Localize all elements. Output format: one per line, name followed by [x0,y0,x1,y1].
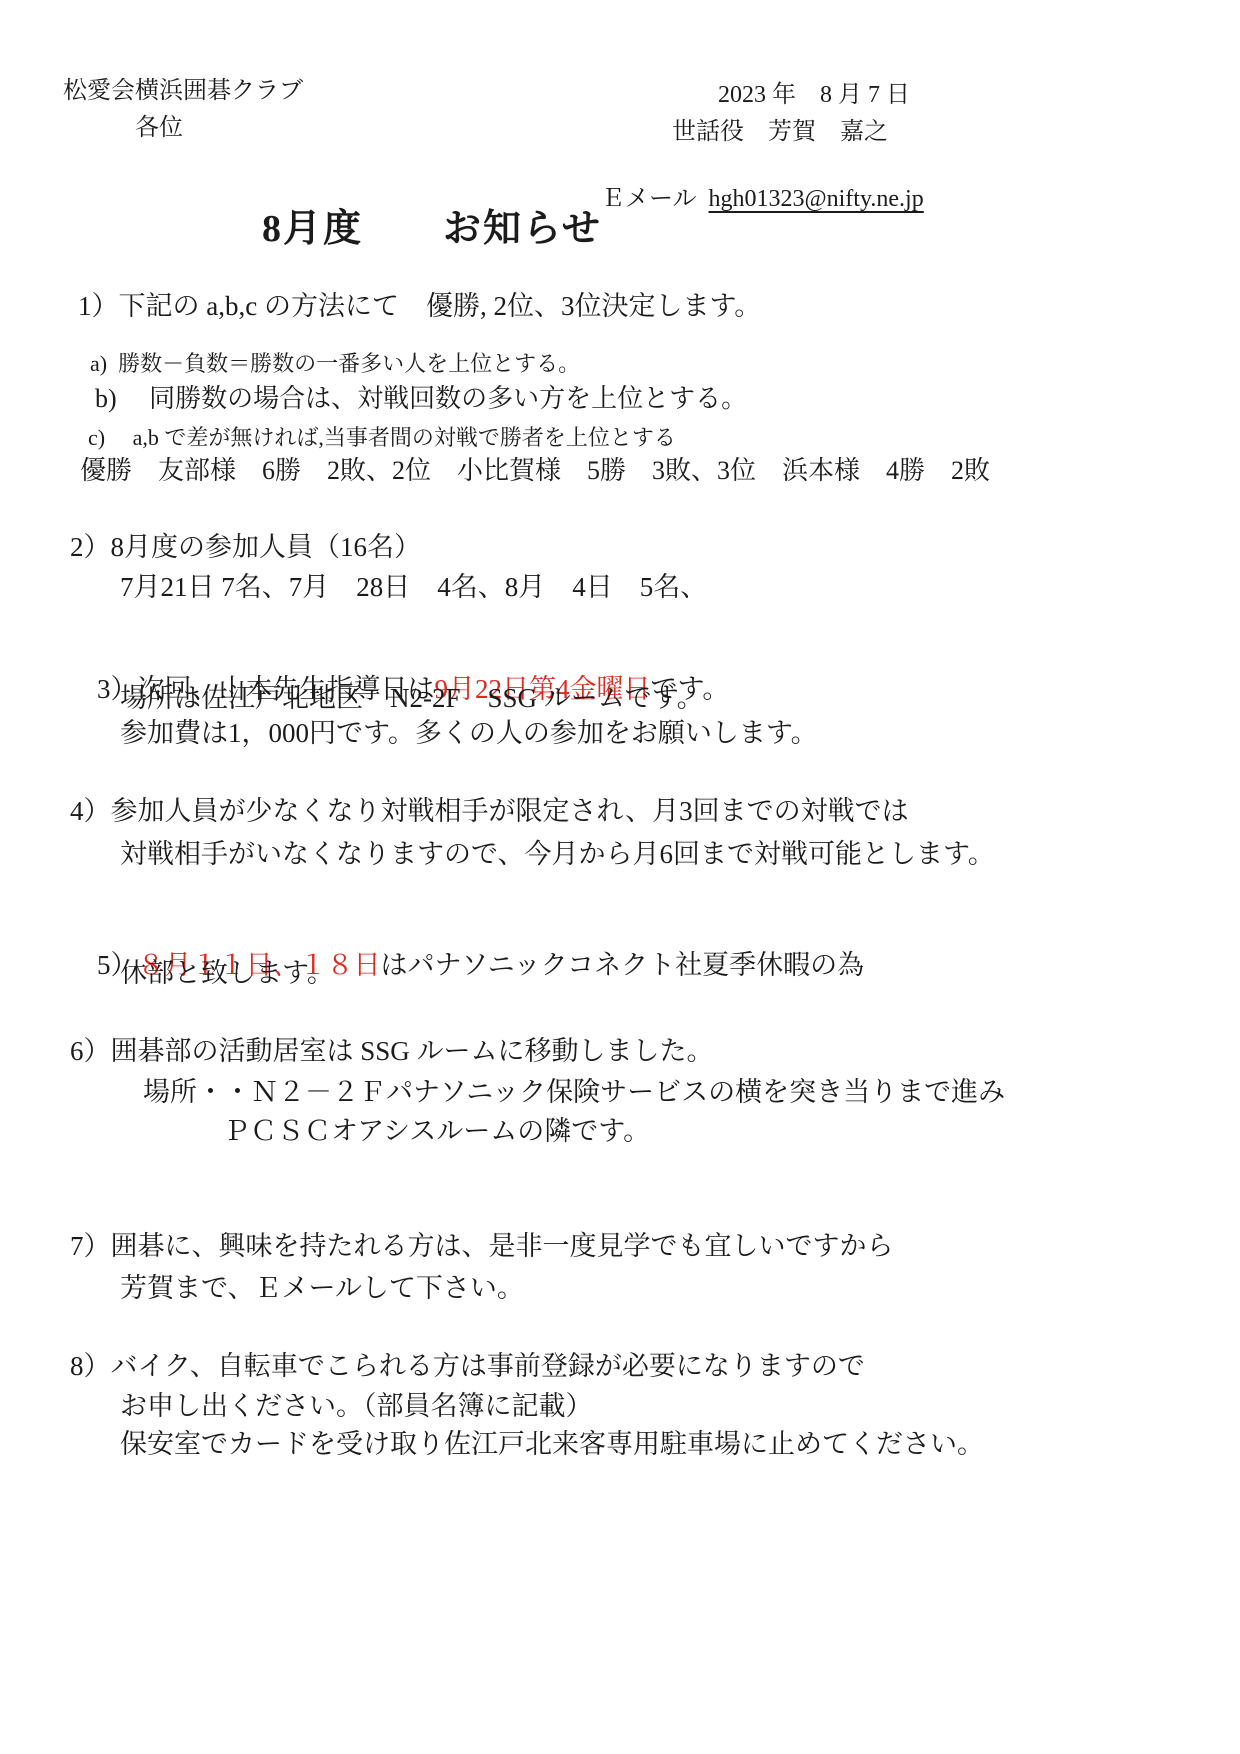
notice-item-6-line-2: 場所・・Ｎ２－２Ｆパナソニック保険サービスの横を突き当りまで進み [143,1076,1005,1110]
notice-item-8-line-1: 8）バイク、自転車でこられる方は事前登録が必要になりますので [70,1350,865,1384]
page-title: 8月度 お知らせ [262,206,602,254]
email-line: Ｅメールhgh01323@nifty.ne.jp [577,154,924,244]
club-name: 松愛会横浜囲碁クラブ [63,76,303,106]
notice-item-7-line-2: 芳賀まで、Ｅメールして下さい。 [120,1272,524,1306]
email-address[interactable]: hgh01323@nifty.ne.jp [709,186,924,212]
salutation: 各位 [135,113,183,143]
notice-item-5-line-2: 休部と致します。 [120,957,334,991]
notice-item-3-line-2: 場所は佐江戸北地区 N2-2F SSG ルームです。 [120,682,704,716]
notice-item-4-line-2: 対戦相手がいなくなりますので、今月から月6回まで対戦可能とします。 [120,838,995,872]
notice-item-8-line-3: 保安室でカードを受け取り佐江戸北来客専用駐車場に止めてください。 [120,1428,984,1462]
notice-item-7-line-1: 7）囲碁に、興味を持たれる方は、是非一度見学でも宜しいですから [70,1230,894,1264]
notice-item-1-heading: 1）下記の a,b,c の方法にて 優勝, 2位、3位決定します。 [78,290,761,324]
notice-item-1-rule-a: a) 勝数－負数＝勝数の一番多い人を上位とする。 [90,350,580,378]
notice-item-2-heading: 2）8月度の参加人員（16名） [70,531,421,565]
notice-item-6-line-3: ＰＣＳＣオアシスルームの隣です。 [223,1115,650,1149]
notice-item-3-line-3: 参加費は1，000円です。多くの人の参加をお願いします。 [120,717,818,751]
notice-item-6-line-1: 6）囲碁部の活動居室は SSG ルームに移動しました。 [70,1035,714,1069]
notice-item-5-text: はパナソニックコネクト社夏季休暇の為 [381,950,865,980]
document-date: 2023 年 8 月 7 日 [718,80,910,110]
notice-item-4-line-1: 4）参加人員が少なくなり対戦相手が限定され、月3回までの対戦では [70,795,909,829]
email-label: Ｅメール [601,186,697,212]
document-page: 松愛会横浜囲碁クラブ 各位 2023 年 8 月 7 日 世話役 芳賀 嘉之 Ｅ… [0,0,1240,1754]
notice-item-1-rule-c: c) a,b で差が無ければ,当事者間の対戦で勝者を上位とする [88,424,676,452]
notice-item-1-results: 優勝 友部様 6勝 2敗、2位 小比賀様 5勝 3敗、3位 浜本様 4勝 2敗 [80,455,990,488]
notice-item-8-line-2: お申し出ください。（部員名簿に記載） [120,1390,593,1424]
notice-item-1-rule-b: b) 同勝数の場合は、対戦回数の多い方を上位とする。 [95,383,747,416]
notice-item-2-detail: 7月21日 7名、7月 28日 4名、8月 4日 5名、 [120,571,707,605]
organizer-name: 世話役 芳賀 嘉之 [672,117,888,147]
